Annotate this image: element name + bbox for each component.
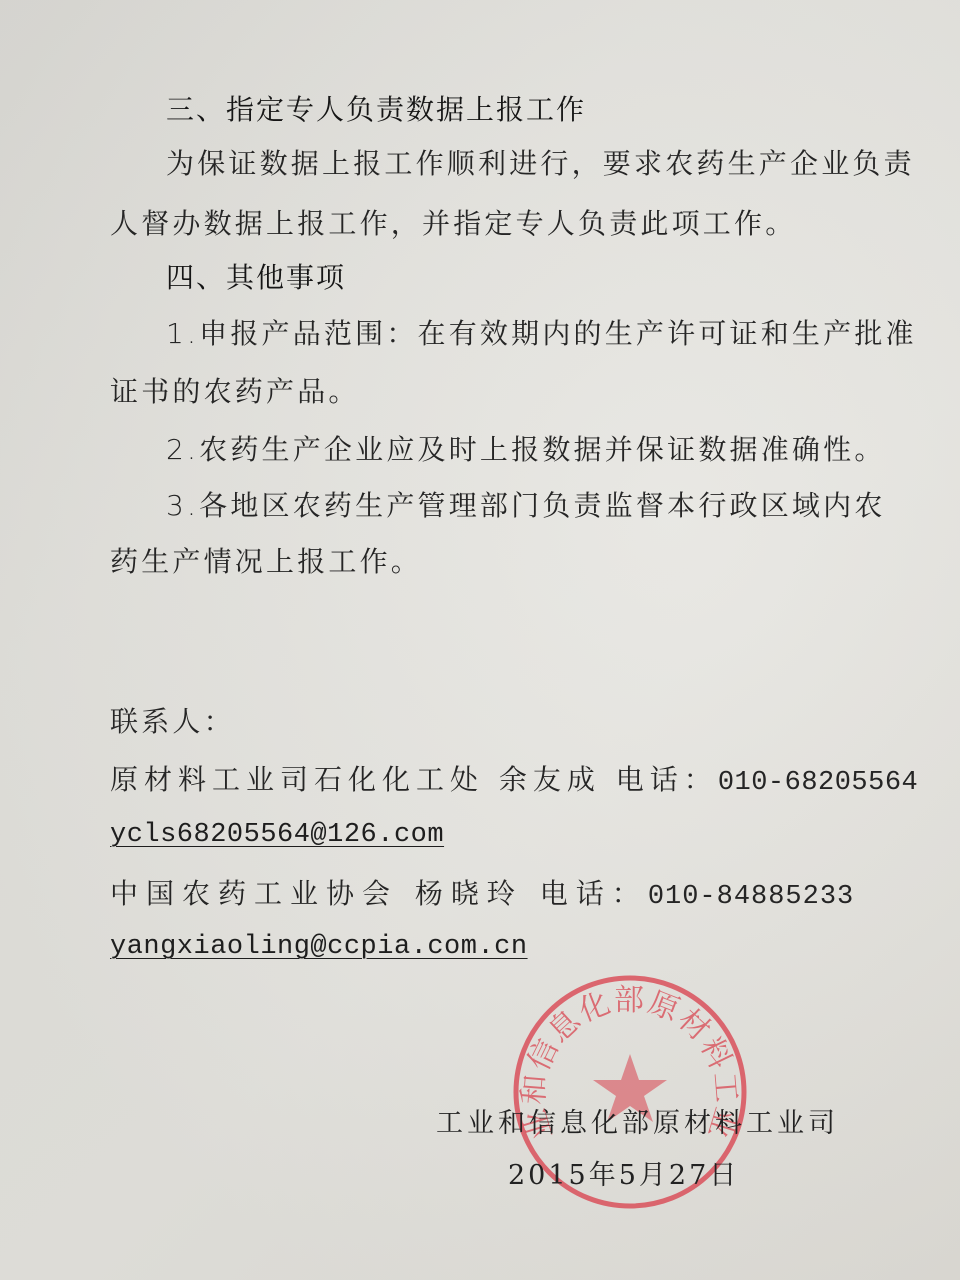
paper-background: [0, 0, 960, 1280]
section-3-heading: 三、指定专人负责数据上报工作: [166, 96, 586, 124]
contact-1-phone: 010-68205564: [718, 768, 918, 798]
contact-2-line: 中国农药工业协会 杨晓玲 电话：: [110, 877, 648, 910]
section-4-item-3-line-1: 3.各地区农药生产管理部门负责监督本行政区域内农: [166, 492, 886, 520]
contact-2-phone: 010-84885233: [648, 882, 854, 912]
contact-1-email-link[interactable]: ycls68205564@126.com: [110, 822, 444, 849]
contact-2-email-link[interactable]: yangxiaoling@ccpia.com.cn: [110, 934, 528, 961]
section-3-paragraph-line-2: 人督办数据上报工作，并指定专人负责此项工作。: [110, 210, 796, 238]
contacts-label: 联系人：: [110, 708, 235, 736]
section-4-item-2-line-1: 2.农药生产企业应及时上报数据并保证数据准确性。: [166, 436, 886, 464]
section-4-item-1-line-2: 证书的农药产品。: [110, 378, 360, 406]
section-4-item-3-line-2: 药生产情况上报工作。: [110, 548, 422, 576]
contact-2: 中国农药工业协会 杨晓玲 电话：010-84885233: [110, 880, 854, 911]
signature-organization: 工业和信息化部原材料工业司: [436, 1110, 839, 1137]
section-4-item-1-line-1: 1.申报产品范围：在有效期内的生产许可证和生产批准: [166, 320, 917, 348]
section-4-heading: 四、其他事项: [166, 264, 346, 292]
contact-1-line: 原材料工业司石化化工处 余友成 电话：: [110, 763, 718, 796]
section-3-paragraph-line-1: 为保证数据上报工作顺利进行，要求农药生产企业负责: [166, 150, 915, 178]
contact-1: 原材料工业司石化化工处 余友成 电话：010-68205564: [110, 766, 918, 797]
signature-date: 2015年5月27日: [508, 1162, 739, 1189]
